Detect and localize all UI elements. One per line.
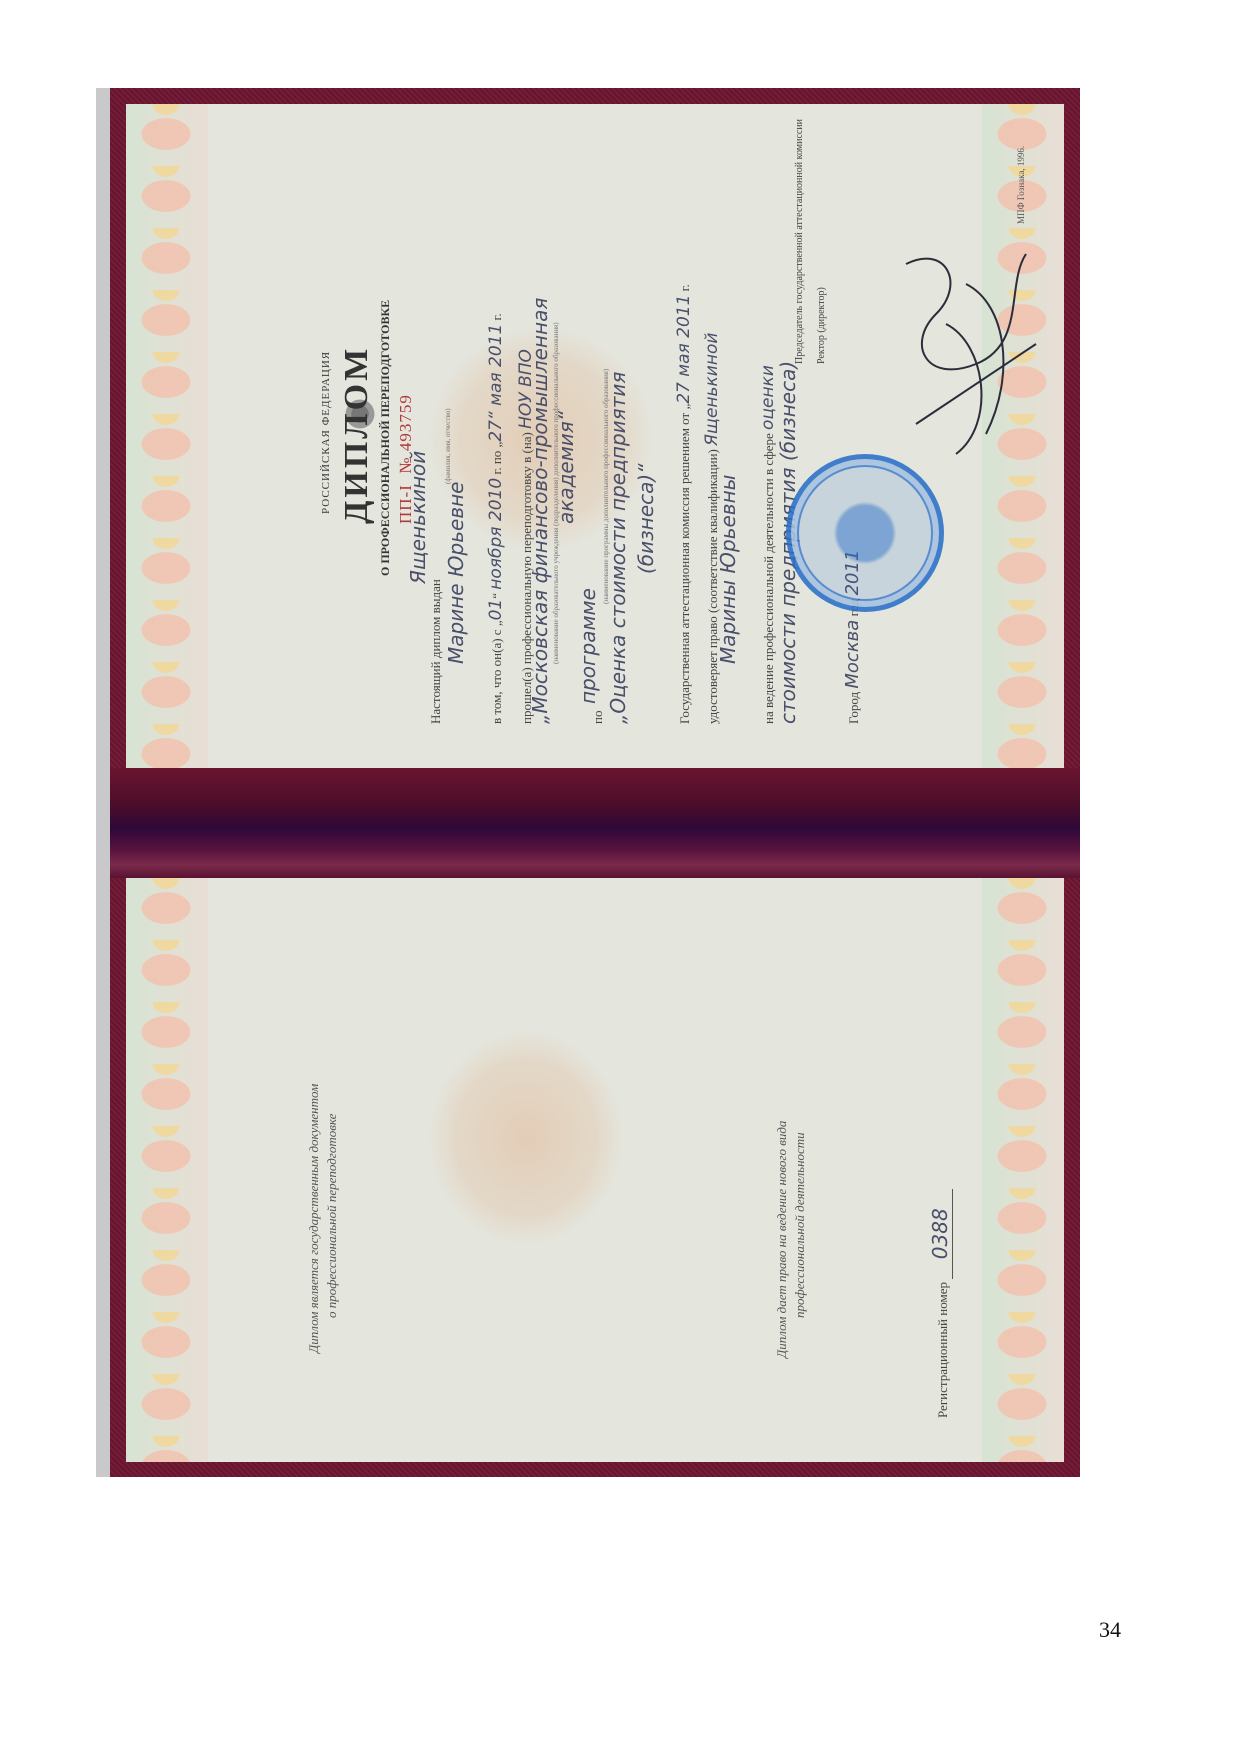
decorative-border-right xyxy=(982,878,1064,1462)
period-line: в том, что он(а) с „01“ ноября 2010 г. п… xyxy=(486,313,506,724)
institution-name: „Московская финансово-промышленная xyxy=(528,298,552,724)
printer-mark: МПФ Гознака, 1996. xyxy=(1016,146,1026,224)
commission-line: Государственная аттестационная комиссия … xyxy=(674,284,694,724)
diploma-cover: РОССИЙСКАЯ ФЕДЕРАЦИЯ ДИПЛОМ О ПРОФЕССИОН… xyxy=(110,88,1080,1477)
decorative-border-left xyxy=(126,104,208,768)
program-name-cont: (бизнеса)“ xyxy=(634,463,658,574)
eagle-watermark xyxy=(426,1028,626,1248)
statement-line-1: Диплом является государственным документ… xyxy=(306,1084,322,1353)
rights-line-2: профессиональной деятельности xyxy=(792,1132,808,1318)
registration-line: Регистрационный номер 0388 xyxy=(928,1189,953,1418)
rights-line-1: Диплом дает право на ведение нового вида xyxy=(774,1121,790,1358)
page-number: 34 xyxy=(1099,1617,1121,1643)
signature-icon xyxy=(886,224,1056,474)
program-prefix: по xyxy=(590,711,606,724)
program-word: программе xyxy=(576,588,600,704)
registration-number: 0388 xyxy=(928,1189,953,1279)
diploma-title: ДИПЛОМ xyxy=(338,346,376,524)
program-name: „Оценка стоимости предприятия xyxy=(606,372,630,724)
diploma-main-page: РОССИЙСКАЯ ФЕДЕРАЦИЯ ДИПЛОМ О ПРОФЕССИОН… xyxy=(126,104,1064,768)
official-stamp: Московская финансово-промышленная академ… xyxy=(786,454,944,612)
holder-name: Марине Юрьевне xyxy=(444,482,468,665)
chair-label: Председатель государственной аттестацион… xyxy=(794,119,805,364)
activity-line: на ведение профессиональной деятельности… xyxy=(758,365,778,724)
diploma-left-page: Диплом является государственным документ… xyxy=(126,878,1064,1462)
diploma-scan: РОССИЙСКАЯ ФЕДЕРАЦИЯ ДИПЛОМ О ПРОФЕССИОН… xyxy=(96,88,1080,1477)
cert-name: Марины Юрьевны xyxy=(716,475,740,664)
director-label: Ректор (директор) xyxy=(816,287,827,364)
name-hint: (фамилия, имя, отчество) xyxy=(444,408,452,484)
diploma-spine xyxy=(110,768,1080,878)
decorative-border-left xyxy=(126,878,208,1462)
country-label: РОССИЙСКАЯ ФЕДЕРАЦИЯ xyxy=(320,351,332,514)
statement-line-2: о профессиональной переподготовке xyxy=(324,1114,340,1318)
institution-name-cont: академия“ xyxy=(554,411,578,524)
issued-to-label: Настоящий диплом выдан xyxy=(428,579,444,724)
holder-surname: Ященькиной xyxy=(406,451,430,584)
diploma-subtitle: О ПРОФЕССИОНАЛЬНОЙ ПЕРЕПОДГОТОВКЕ xyxy=(378,300,393,576)
